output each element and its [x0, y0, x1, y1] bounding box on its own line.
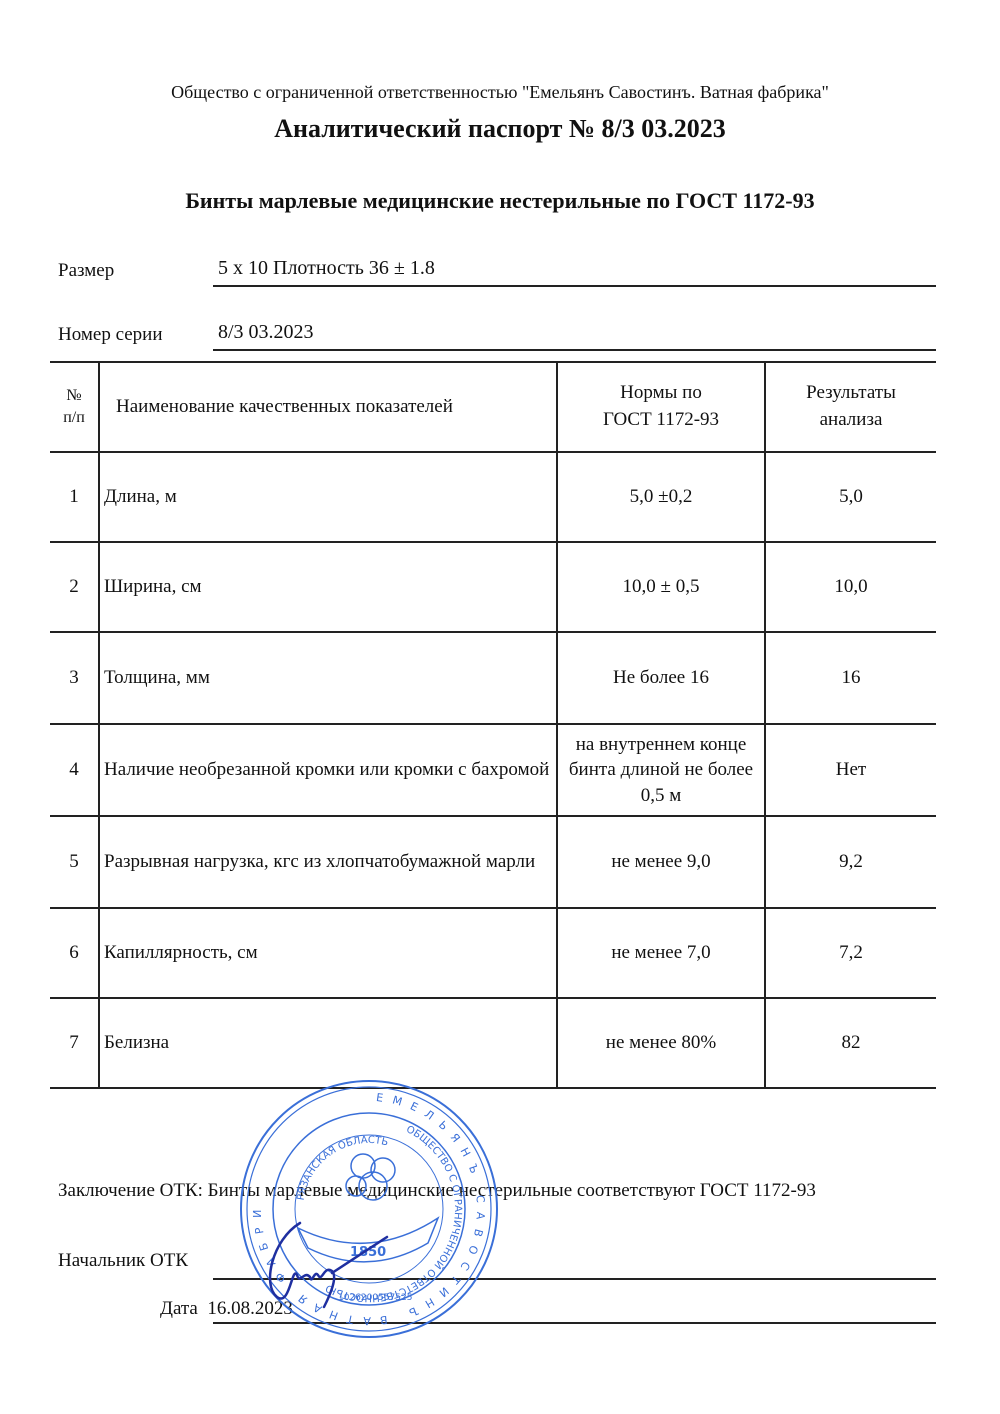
table-row: 1 Длина, м 5,0 ±0,2 5,0 [50, 452, 936, 542]
header-num: № п/п [50, 362, 99, 452]
size-value: 5 х 10 Плотность 36 ± 1.8 [218, 257, 435, 280]
series-underline [213, 349, 936, 351]
header-result: Результаты анализа [765, 362, 936, 452]
row-result: 9,2 [765, 816, 936, 908]
row-norm: не менее 80% [557, 998, 765, 1088]
table-row: 6 Капиллярность, см не менее 7,0 7,2 [50, 908, 936, 998]
row-norm: 5,0 ±0,2 [557, 452, 765, 542]
row-result: Нет [765, 724, 936, 816]
row-num: 3 [50, 632, 99, 724]
row-result: 7,2 [765, 908, 936, 998]
header-norm-line1: Нормы по [558, 380, 764, 407]
table-row: 3 Толщина, мм Не более 16 16 [50, 632, 936, 724]
header-name: Наименование качественных показателей [99, 362, 557, 452]
row-num: 1 [50, 452, 99, 542]
header-norm-line2: ГОСТ 1172-93 [558, 407, 764, 434]
qc-chief-label: Начальник ОТК [58, 1250, 188, 1272]
row-norm: на внутреннем конце бинта длиной не боле… [557, 724, 765, 816]
size-label: Размер [58, 260, 114, 282]
row-name: Разрывная нагрузка, кгс из хлопчатобумаж… [99, 816, 557, 908]
header-result-line1: Результаты [766, 380, 936, 407]
row-result: 82 [765, 998, 936, 1088]
header-norm: Нормы по ГОСТ 1172-93 [557, 362, 765, 452]
row-name: Длина, м [99, 452, 557, 542]
row-name: Капиллярность, см [99, 908, 557, 998]
signature-icon [252, 1215, 392, 1315]
product-title: Бинты марлевые медицинские нестерильные … [0, 188, 1000, 214]
row-norm: не менее 7,0 [557, 908, 765, 998]
series-label: Номер серии [58, 324, 163, 346]
organization-name: Общество с ограниченной ответственностью… [0, 82, 1000, 103]
header-result-line2: анализа [766, 407, 936, 434]
row-num: 4 [50, 724, 99, 816]
size-underline [213, 285, 936, 287]
quality-table: № п/п Наименование качественных показате… [50, 361, 936, 1089]
table-row: 4 Наличие необрезанной кромки или кромки… [50, 724, 936, 816]
row-num: 5 [50, 816, 99, 908]
row-result: 10,0 [765, 542, 936, 632]
row-name: Толщина, мм [99, 632, 557, 724]
row-num: 7 [50, 998, 99, 1088]
series-value: 8/3 03.2023 [218, 321, 314, 344]
row-name: Белизна [99, 998, 557, 1088]
row-result: 16 [765, 632, 936, 724]
header-num-line2: п/п [50, 407, 98, 429]
table-row: 2 Ширина, см 10,0 ± 0,5 10,0 [50, 542, 936, 632]
table-header-row: № п/п Наименование качественных показате… [50, 362, 936, 452]
row-name: Наличие необрезанной кромки или кромки с… [99, 724, 557, 816]
row-num: 2 [50, 542, 99, 632]
date-label: Дата [160, 1298, 198, 1319]
row-num: 6 [50, 908, 99, 998]
row-norm: 10,0 ± 0,5 [557, 542, 765, 632]
header-num-line1: № [50, 385, 98, 407]
row-result: 5,0 [765, 452, 936, 542]
document-title: Аналитический паспорт № 8/3 03.2023 [0, 114, 1000, 144]
table-row: 7 Белизна не менее 80% 82 [50, 998, 936, 1088]
row-norm: Не более 16 [557, 632, 765, 724]
row-norm: не менее 9,0 [557, 816, 765, 908]
table-row: 5 Разрывная нагрузка, кгс из хлопчатобум… [50, 816, 936, 908]
row-name: Ширина, см [99, 542, 557, 632]
